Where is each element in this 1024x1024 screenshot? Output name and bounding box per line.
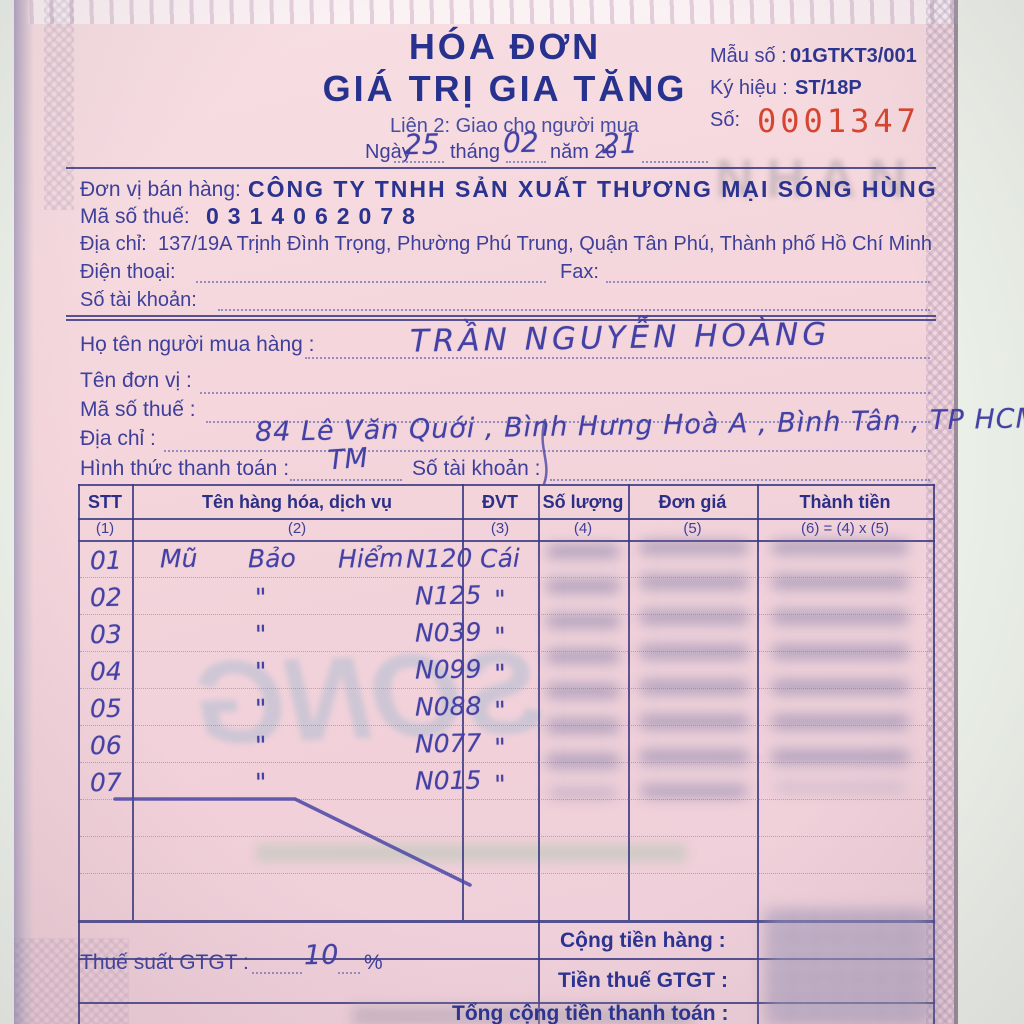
buyer-address-dots (164, 450, 930, 452)
col-stt-right-border (132, 484, 134, 920)
vat-rate-dots-2 (338, 972, 360, 974)
row-stt: 07 (90, 768, 122, 798)
row-rule (80, 799, 932, 800)
row-stt: 04 (90, 657, 122, 687)
vat-rate-percent: % (364, 950, 383, 976)
subheader-4: (4) (538, 518, 628, 540)
buyer-unit-label: Tên đơn vị : (80, 368, 192, 394)
date-day-handwritten: 25 (404, 128, 440, 162)
invoice-title-line2: GIÁ TRỊ GIA TĂNG (320, 68, 690, 110)
buyer-account-dots (550, 479, 930, 481)
buyer-unit-dots (200, 392, 930, 394)
subtotal-label: Cộng tiền hàng : (560, 928, 726, 954)
row-word1: Mũ (160, 544, 198, 574)
row-unit: " (462, 732, 538, 762)
row-ditto: " (255, 768, 267, 797)
seller-address: 137/19A Trịnh Đình Trọng, Phường Phú Tru… (158, 232, 932, 257)
row-ditto: " (255, 731, 267, 760)
subheader-2: (2) (132, 518, 462, 540)
table-left-border (78, 484, 80, 1024)
row-unit: " (462, 658, 538, 688)
redacted-quantity-column (547, 544, 619, 796)
col-dvt-right-border (538, 484, 540, 1024)
header-unit-price: Đơn giá (628, 484, 757, 518)
row-ditto: " (255, 657, 267, 686)
seller-account-label: Số tài khoản: (80, 288, 197, 313)
row-stt: 03 (90, 620, 122, 650)
serial-label: Ký hiệu : (710, 76, 788, 101)
seller-phone-dots (196, 281, 546, 283)
grand-total-label: Tổng cộng tiền thanh toán : (452, 1001, 728, 1024)
row-unit: " (462, 584, 538, 614)
row-word3: Hiểm (338, 543, 404, 573)
table-right-border (933, 484, 935, 1024)
row-ditto: " (255, 694, 267, 723)
subheader-6: (6) = (4) x (5) (757, 518, 933, 540)
seller-fax-dots (606, 281, 930, 283)
vat-amount-label: Tiền thuế GTGT : (558, 968, 728, 994)
row-stt: 02 (90, 583, 122, 613)
row-rule (80, 873, 932, 874)
vat-rate-handwritten: 10 (304, 940, 339, 972)
redacted-price-column (640, 540, 748, 796)
row-stt: 05 (90, 694, 122, 724)
header-item-name: Tên hàng hóa, dịch vụ (132, 484, 462, 518)
seller-name: CÔNG TY TNHH SẢN XUẤT THƯƠNG MẠI SÓNG HÙ… (248, 175, 938, 204)
serial-value: ST/18P (795, 76, 862, 101)
seller-address-label: Địa chỉ: (80, 232, 147, 257)
vat-rate-dots-1 (252, 972, 302, 974)
row-ditto: " (255, 583, 267, 612)
subheader-3: (3) (462, 518, 538, 540)
date-year-handwritten: 21 (602, 127, 638, 161)
payment-method-dots (290, 479, 402, 481)
row-word2: Bảo (248, 544, 296, 574)
subheader-5: (5) (628, 518, 757, 540)
payment-method-label: Hình thức thanh toán : (80, 456, 289, 482)
date-dots-2 (506, 161, 546, 163)
row-unit: " (462, 621, 538, 651)
seller-phone-label: Điện thoại: (80, 260, 176, 285)
row-unit: " (462, 769, 538, 799)
top-guilloche-band (14, 0, 958, 24)
vat-rate-label: Thuế suất GTGT : (80, 950, 249, 976)
buyer-name-dots (305, 357, 930, 359)
header-stt: STT (78, 484, 132, 518)
row-unit: " (462, 695, 538, 725)
date-month-handwritten: 02 (503, 126, 539, 160)
payment-method-handwritten: TM (327, 443, 369, 477)
header-divider (66, 167, 936, 169)
row-stt: 06 (90, 731, 122, 761)
redacted-footer-block (766, 910, 930, 1022)
seller-tax-label: Mã số thuế: (80, 204, 190, 230)
seller-fax-label: Fax: (560, 260, 599, 285)
row-ditto: " (255, 620, 267, 649)
buyer-address-label: Địa chỉ : (80, 426, 156, 452)
form-number-label: Mẫu số : (710, 44, 787, 69)
invoice-photo: NHAN SONG HÓA ĐƠN GIÁ TRỊ GIA TĂNG Liên … (0, 0, 1024, 1024)
row-unit: Cái (462, 543, 538, 573)
row-stt: 01 (90, 546, 122, 576)
left-guilloche (44, 0, 74, 210)
header-quantity: Số lượng (538, 484, 628, 518)
buyer-tax-label: Mã số thuế : (80, 397, 196, 423)
row-rule (80, 836, 932, 837)
date-word-month: tháng (450, 140, 500, 165)
header-unit: ĐVT (462, 484, 538, 518)
redacted-amount-column (772, 540, 908, 790)
header-amount: Thành tiền (757, 484, 933, 518)
date-dots-3 (642, 161, 708, 163)
seller-account-dots (218, 309, 930, 311)
col-qty-right-border (628, 484, 630, 920)
seller-name-label: Đơn vị bán hàng: (80, 177, 241, 203)
invoice-number-label: Số: (710, 108, 740, 133)
seller-tax-code: 0314062078 (206, 202, 424, 231)
form-number-value: 01GTKT3/001 (790, 44, 917, 69)
col-price-right-border (757, 484, 759, 1024)
paper-left-edge (14, 0, 34, 1024)
paper-right-edge (954, 0, 958, 1024)
buyer-name-label: Họ tên người mua hàng : (80, 332, 314, 358)
invoice-number-value: 0001347 (757, 101, 920, 141)
invoice-title-line1: HÓA ĐƠN (320, 26, 690, 68)
buyer-account-label: Số tài khoản : (412, 456, 540, 482)
date-dots-1 (394, 161, 444, 163)
subheader-1: (1) (78, 518, 132, 540)
buyer-name-handwritten: TRẦN NGUYỄN HOÀNG (410, 316, 831, 359)
